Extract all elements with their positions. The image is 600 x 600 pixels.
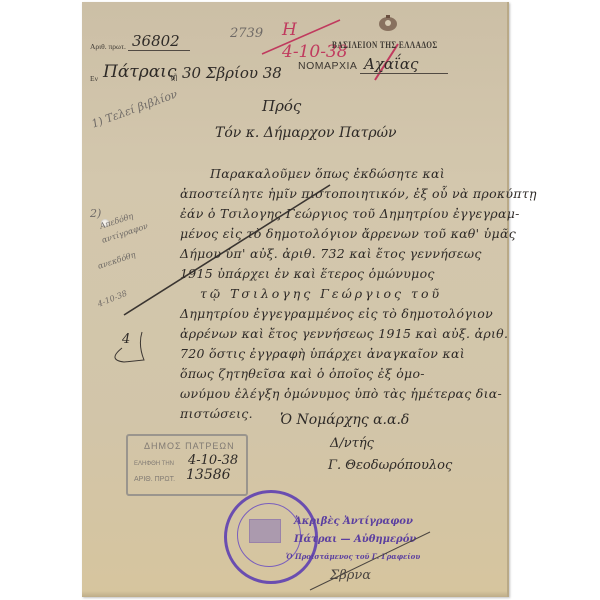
copy-stamp-signature-stroke [300,530,440,600]
received-stamp-office: ΔΗΜΟΣ ΠΑΤΡΕΩΝ [144,441,235,451]
seal-emblem-icon [249,519,281,543]
received-stamp-date: 4-10-38 [188,453,238,468]
received-stamp-protocol-number: 13586 [186,467,231,483]
closing: Ὁ Νομάρχης α.α.δ [280,412,409,428]
body-line: πιστώσεις. [180,406,253,421]
received-stamp-protocol-label: ΑΡΙΘ. ΠΡΩΤ. [134,476,175,483]
body-line: Δημητρίου ἐγγεγραμμένος εἰς τὸ δημοτολόγ… [180,306,493,321]
body-line: ὅπως ζητηθεῖσα καὶ ὁ ὁποῖος ἐξ ὁμο- [180,366,425,381]
body-line: 720 ὅστις ἐγγραφὴ ὑπάρχει ἀναγκαῖον καὶ [180,346,465,361]
body-line: ἀποστείλητε ἡμῖν πιστοποιητικόν, ἐξ οὗ ν… [180,186,537,201]
body-line: μένος εἰς τὸ δημοτολόγιον ἄρρενων τοῦ κα… [180,226,516,241]
body-line: ἀρρένων καὶ ἔτος γεννήσεως 1915 καὶ αὐξ.… [180,326,508,341]
body-line: τῷ Τσιλογης Γεώργιος τοῦ [200,286,442,301]
signatory-title: Δ/ντής [330,436,374,451]
body-line: 1915 ὑπάρχει ἐν καὶ ἕτερος ὁμώνυμος [180,266,435,281]
body-line: ἐάν ὁ Τσιλογης Γεώργιος τοῦ Δημητρίου ἐγ… [180,206,520,221]
signature: Γ. Θεοδωρόπουλος [328,458,452,473]
body-line: ωνύμου ἐλέγξη ὁμώνυμος ὑπὸ τὰς ἡμέτερας … [180,386,502,401]
body-line: Δήμου ὑπ' αὐξ. ἀριθ. 732 καὶ ἔτος γεννήσ… [180,246,482,261]
received-stamp-label: ΕΛΗΦΘΗ ΤΗΝ [134,461,174,467]
body-line: Παρακαλοῦμεν ὅπως ἐκδώσητε καὶ [210,166,445,181]
received-stamp: ΔΗΜΟΣ ΠΑΤΡΕΩΝ ΕΛΗΦΘΗ ΤΗΝ 4-10-38 ΑΡΙΘ. Π… [126,434,248,496]
copy-stamp-line-1: Ἀκριβὲς Ἀντίγραφον [294,516,413,527]
